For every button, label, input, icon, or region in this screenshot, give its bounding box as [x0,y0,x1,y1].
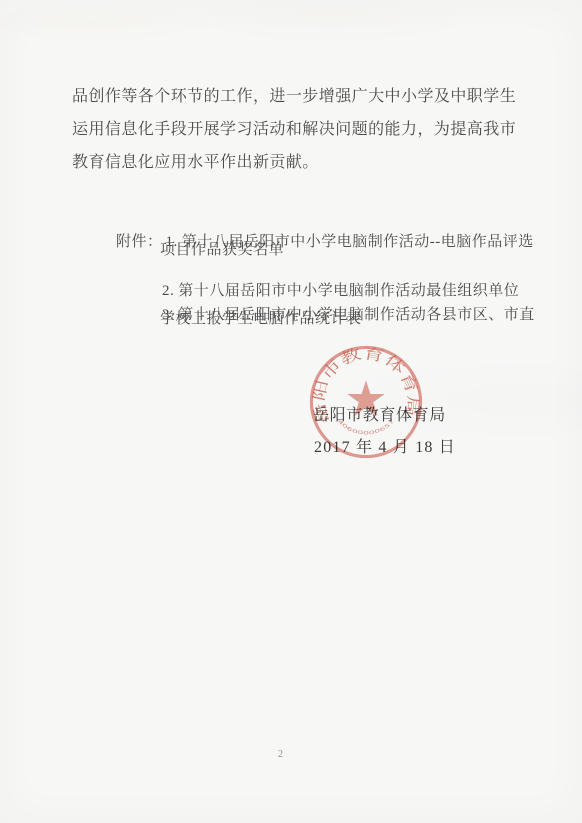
issue-date: 2017 年 4 月 18 日 [314,434,456,457]
page-number: 2 [278,749,283,760]
body-line-1: 品创作等各个环节的工作，进一步增强广大中小学及中职学生 [72,83,516,106]
issuer-name: 岳阳市教育体育局 [313,402,446,425]
attachment-item-3-line-2: 学校上报学生电脑作品统计表 [160,307,362,328]
body-line-2: 运用信息化手段开展学习活动和解决问题的能力，为提高我市 [72,116,516,139]
body-line-3: 教育信息化应用水平作出新贡献。 [72,149,319,172]
attachments-label: 附件： [116,230,163,251]
attachment-item-1-line-2: 项目作品获奖名单 [160,238,284,259]
document-page: 品创作等各个环节的工作，进一步增强广大中小学及中职学生 运用信息化手段开展学习活… [0,0,582,823]
